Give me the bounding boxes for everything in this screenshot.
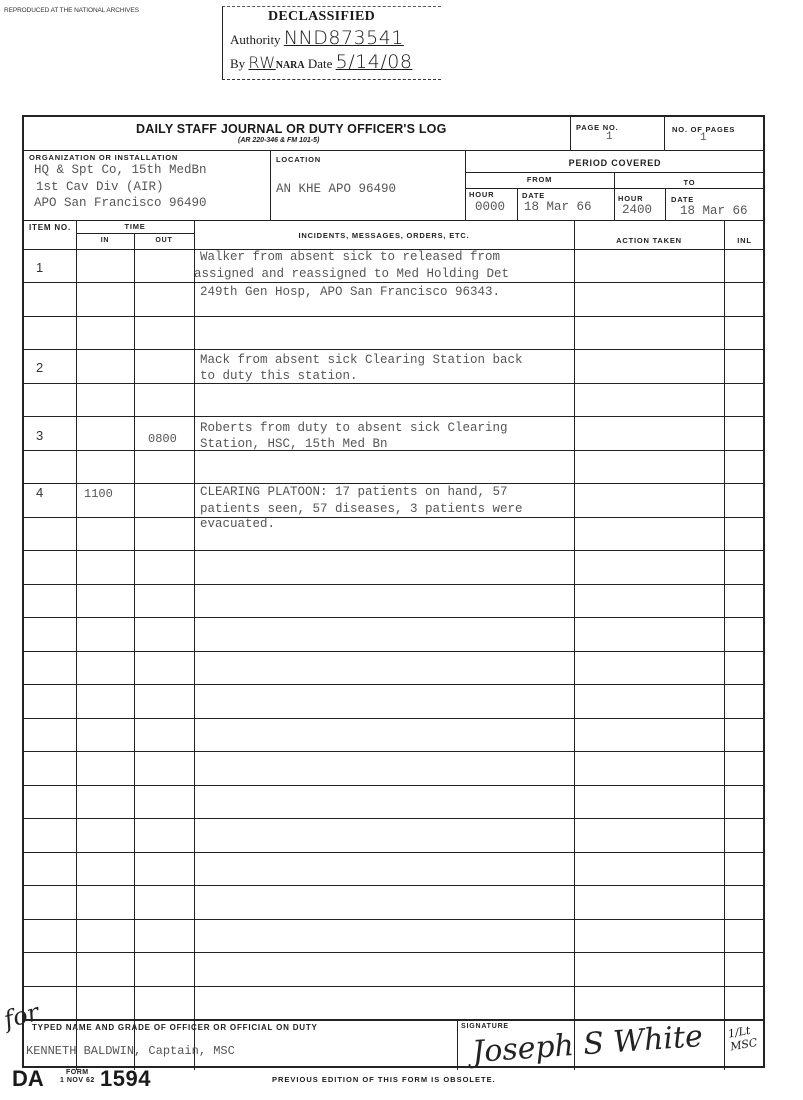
page-no-value: 1 (606, 131, 613, 143)
form-number: 1594 (100, 1066, 151, 1092)
item-no: 4 (36, 485, 43, 500)
to-hour-label: HOUR (618, 194, 643, 203)
organization-line-1: HQ & Spt Co, 15th MedBn (34, 163, 207, 177)
time-in-header: IN (76, 237, 134, 244)
to-hour-value: 2400 (622, 203, 652, 217)
action-taken-header: ACTION TAKEN (574, 236, 724, 245)
item-no: 3 (36, 428, 43, 443)
incident-line: Walker from absent sick to released from (200, 250, 500, 264)
incident-line: Roberts from duty to absent sick Clearin… (200, 421, 508, 435)
officer-label: TYPED NAME AND GRADE OF OFFICER OR OFFIC… (32, 1023, 318, 1032)
obsolete-notice: PREVIOUS EDITION OF THIS FORM IS OBSOLET… (272, 1075, 496, 1084)
from-date-value: 18 Mar 66 (524, 200, 592, 214)
signature-label: SIGNATURE (461, 1023, 509, 1030)
item-no-header: ITEM NO. (24, 223, 76, 233)
time-out-header: OUT (134, 237, 194, 244)
officer-value: KENNETH BALDWIN, Captain, MSC (26, 1044, 235, 1058)
from-label: FROM (465, 175, 614, 184)
form-prefix: DA (12, 1066, 44, 1092)
form-title: DAILY STAFF JOURNAL OR DUTY OFFICER'S LO… (136, 122, 447, 136)
incident-line: patients seen, 57 diseases, 3 patients w… (200, 502, 523, 516)
agency: NARA (276, 60, 305, 71)
authority-label: Authority (230, 32, 281, 47)
form-date: 1 NOV 62 (60, 1077, 95, 1085)
to-label: TO (614, 178, 765, 187)
incident-line: 249th Gen Hosp, APO San Francisco 96343. (200, 285, 500, 299)
item-no: 1 (36, 260, 43, 275)
to-date-value: 18 Mar 66 (680, 204, 748, 218)
item-no: 2 (36, 360, 43, 375)
signature-annotation: 1/Lt MSC (727, 1023, 761, 1054)
from-hour-label: HOUR (469, 190, 494, 199)
form-label-block: FORM 1 NOV 62 (60, 1069, 95, 1085)
location-value: AN KHE APO 96490 (276, 182, 396, 196)
organization-line-3: APO San Francisco 96490 (34, 196, 207, 210)
incident-line: evacuated. (200, 517, 275, 531)
time-out-value: 0800 (148, 432, 177, 446)
archive-header: REPRODUCED AT THE NATIONAL ARCHIVES (4, 7, 139, 14)
declassification-stamp: DECLASSIFIED Authority NND873541 By RWNA… (222, 6, 441, 80)
declassified-title: DECLASSIFIED (268, 9, 375, 25)
date-label: Date (308, 56, 333, 71)
incident-line: Mack from absent sick Clearing Station b… (200, 353, 523, 367)
period-covered-label: PERIOD COVERED (465, 158, 765, 168)
to-date-label: DATE (671, 195, 694, 204)
authority-line: Authority NND873541 (230, 27, 404, 49)
authority-value: NND873541 (284, 27, 404, 49)
incidents-header: INCIDENTS, MESSAGES, ORDERS, ETC. (194, 231, 574, 240)
form-label: FORM (60, 1069, 95, 1077)
from-hour-value: 0000 (475, 200, 505, 214)
duty-log-form: DAILY STAFF JOURNAL OR DUTY OFFICER'S LO… (22, 115, 765, 1068)
incident-line: assigned and reassigned to Med Holding D… (194, 267, 509, 281)
incident-line: Station, HSC, 15th Med Bn (200, 437, 388, 451)
form-subtitle: (AR 220-346 & FM 101-5) (238, 137, 319, 144)
date-value: 5/14/08 (336, 51, 413, 73)
by-line: By RWNARA Date 5/14/08 (230, 51, 412, 73)
organization-line-2: 1st Cav Div (AIR) (36, 180, 164, 194)
organization-label: ORGANIZATION OR INSTALLATION (29, 153, 178, 162)
incident-line: CLEARING PLATOON: 17 patients on hand, 5… (200, 485, 508, 499)
from-date-label: DATE (522, 191, 545, 200)
time-in-value: 1100 (84, 487, 113, 501)
by-value: RW (248, 53, 275, 72)
time-header: TIME (76, 222, 194, 231)
location-label: LOCATION (276, 155, 321, 164)
incident-line: to duty this station. (200, 369, 358, 383)
inl-header: INL (724, 236, 765, 245)
by-label: By (230, 56, 245, 71)
no-of-pages-value: 1 (700, 132, 707, 144)
